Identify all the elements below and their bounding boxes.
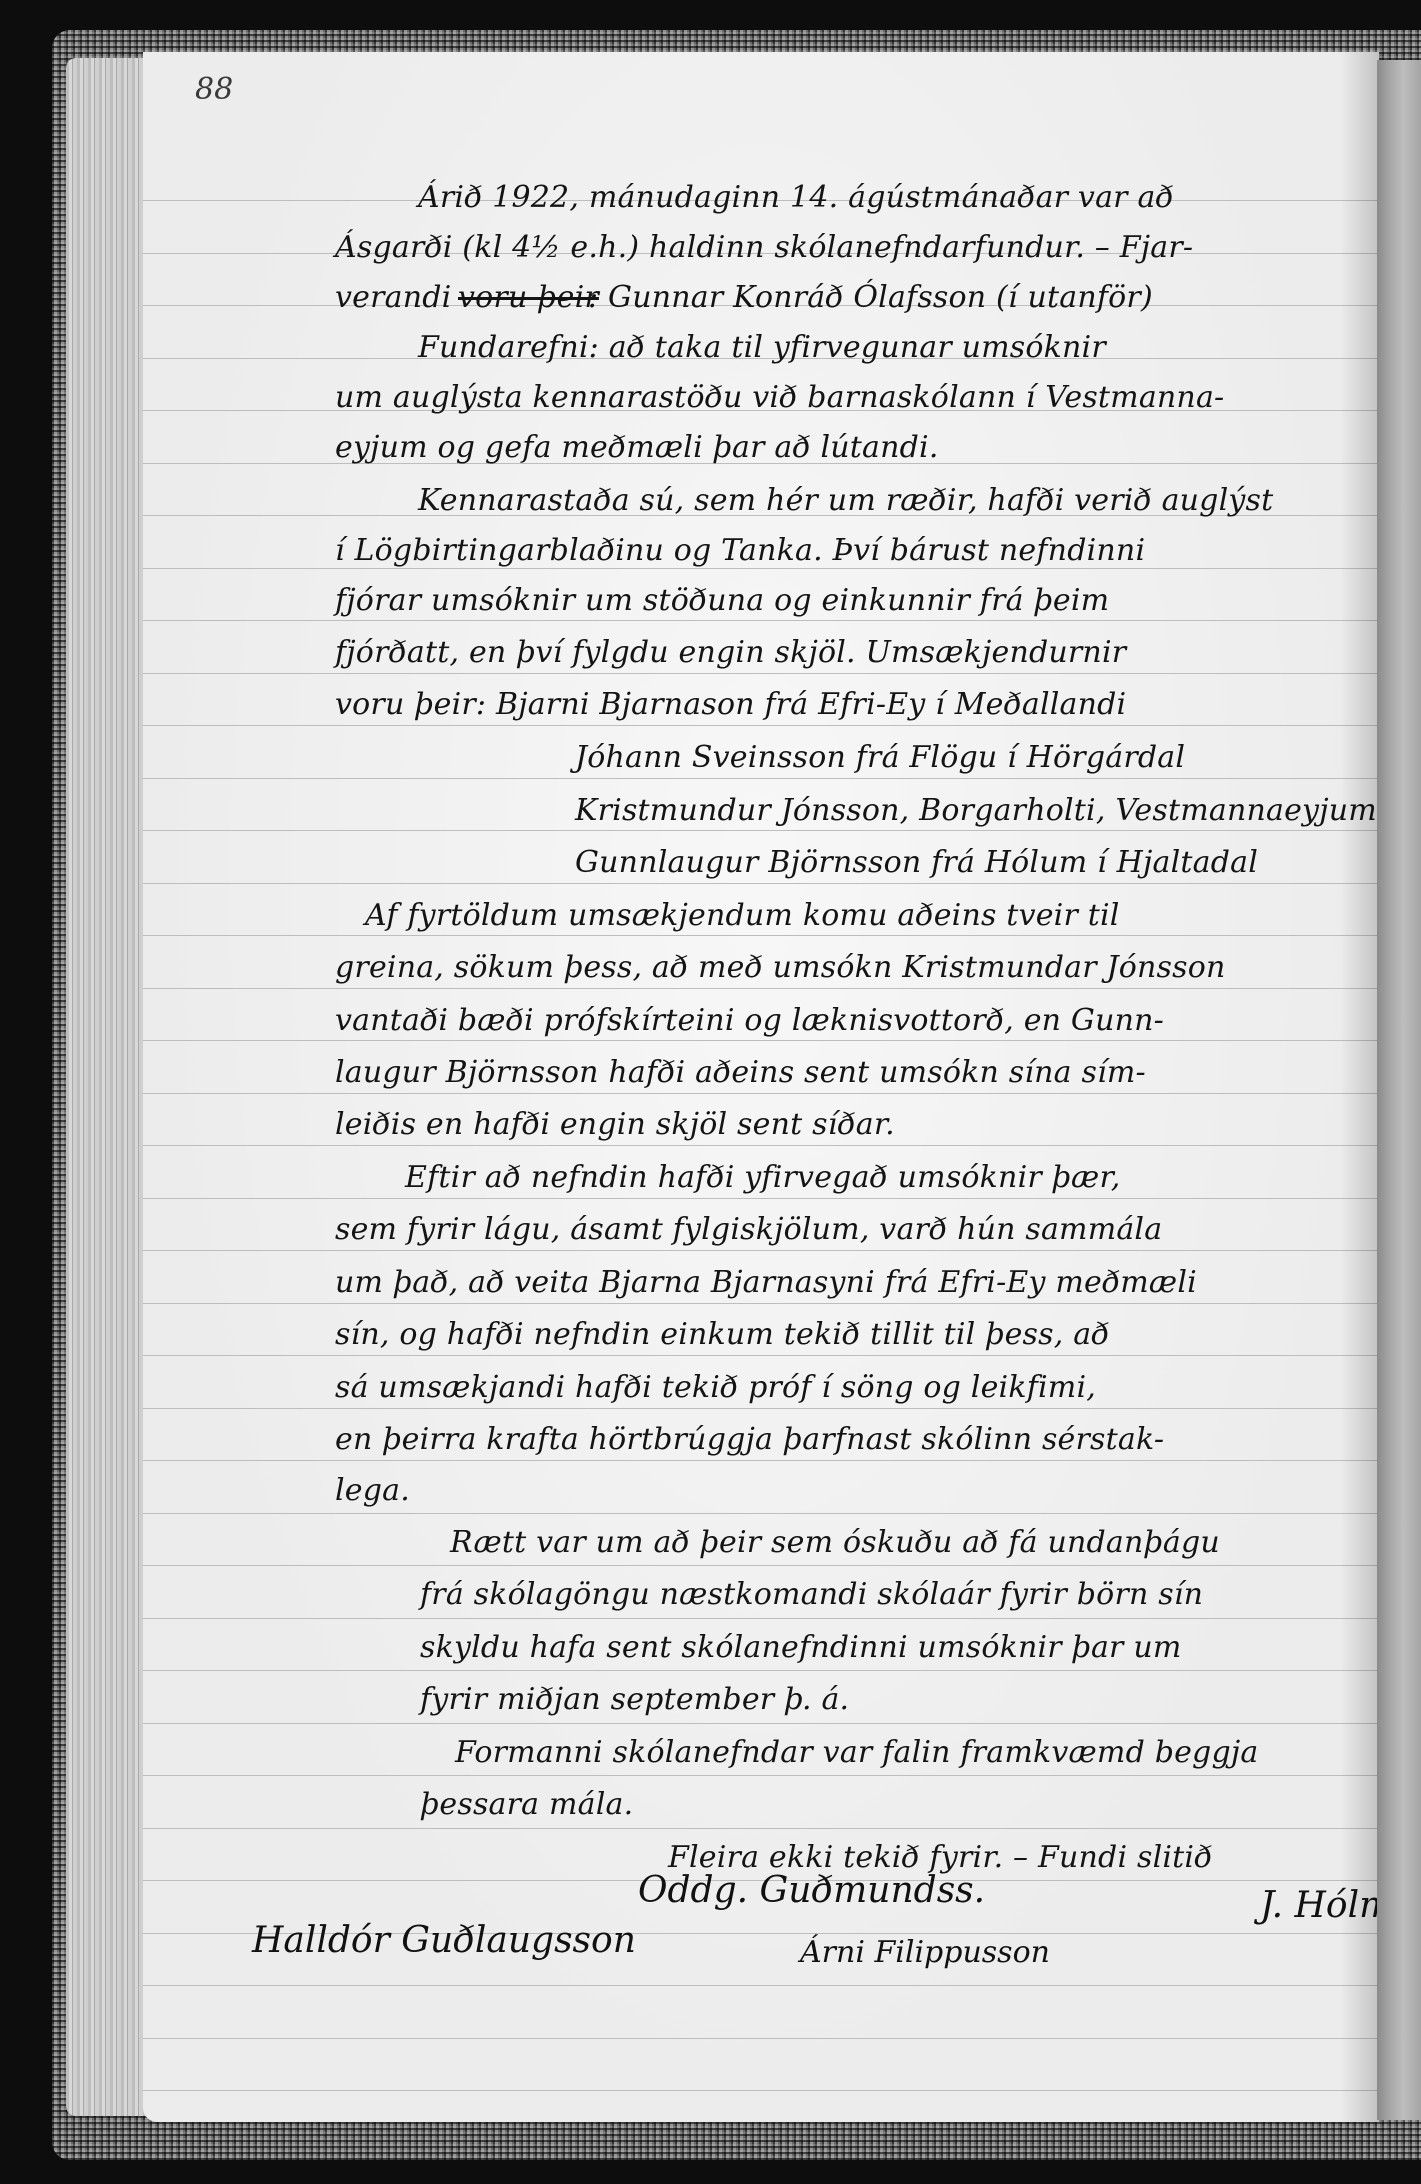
handwritten-line: en þeirra krafta hörtbrúggja þarfnast sk… — [335, 1422, 1164, 1458]
ruling-line — [143, 1565, 1379, 1566]
ruling-line — [143, 1040, 1379, 1041]
ruling-line — [143, 2090, 1379, 2091]
ruling-line — [143, 1145, 1379, 1146]
ruling-line — [143, 673, 1379, 674]
handwritten-line: fyrir miðjan september þ. á. — [420, 1682, 849, 1718]
ruling-line — [143, 935, 1379, 936]
handwritten-line: leiðis en hafði engin skjöl sent síðar. — [335, 1107, 895, 1143]
ruling-line — [143, 883, 1379, 884]
handwritten-line: í Lögbirtingarblaðinu og Tanka. Því báru… — [335, 533, 1145, 569]
signature: Halldór Guðlaugsson — [252, 1920, 636, 1961]
handwritten-line: Árið 1922, mánudaginn 14. ágústmánaðar v… — [418, 180, 1174, 216]
handwritten-line: Kristmundur Jónsson, Borgarholti, Vestma… — [575, 793, 1377, 829]
page-edges-stack — [66, 58, 146, 2116]
handwritten-line: Eftir að nefndin hafði yfirvegað umsókni… — [405, 1160, 1120, 1196]
signature: Árni Filippusson — [800, 1935, 1050, 1970]
page-number: 88 — [195, 72, 233, 107]
handwritten-line: Gunnlaugur Björnsson frá Hólum í Hjaltad… — [575, 845, 1258, 881]
handwritten-line: fjórar umsóknir um stöðuna og einkunnir … — [335, 583, 1109, 619]
handwritten-line: skyldu hafa sent skólanefndinni umsóknir… — [420, 1630, 1182, 1666]
handwritten-line: vantaði bæði prófskírteini og læknisvott… — [335, 1003, 1164, 1039]
ruling-line — [143, 1618, 1379, 1619]
handwritten-line: voru þeir: Bjarni Bjarnason frá Efri-Ey … — [335, 687, 1126, 723]
handwritten-line: um auglýsta kennarastöðu við barnaskólan… — [335, 380, 1224, 416]
signature: Oddg. Guðmundss. — [638, 1870, 985, 1911]
ruling-line — [143, 1198, 1379, 1199]
ledger-page: 88 Árið 1922, mánudaginn 14. ágústmánaða… — [143, 52, 1379, 2122]
handwritten-line: greina, sökum þess, að með umsókn Kristm… — [335, 950, 1226, 986]
ruling-line — [143, 1513, 1379, 1514]
handwritten-line: : Gunnar Konráð Ólafsson (í utanför) — [588, 280, 1153, 316]
handwritten-line: frá skólagöngu næstkomandi skólaár fyrir… — [420, 1577, 1203, 1613]
struck-text: voru þeir — [458, 280, 599, 316]
handwritten-line: sem fyrir lágu, ásamt fylgiskjölum, varð… — [335, 1212, 1162, 1248]
ruling-line — [143, 1250, 1379, 1251]
gutter-shadow — [1340, 52, 1380, 2122]
ruling-line — [143, 1775, 1379, 1776]
ruling-line — [143, 988, 1379, 989]
handwritten-line: Ásgarði (kl 4½ e.h.) haldinn skólanefnda… — [335, 230, 1193, 266]
handwritten-line: verandi — [335, 280, 451, 316]
handwritten-line: lega. — [335, 1473, 410, 1509]
ruling-line — [143, 1670, 1379, 1671]
ruling-line — [143, 1303, 1379, 1304]
handwritten-line: Kennarastaða sú, sem hér um ræðir, hafði… — [418, 483, 1273, 519]
ruling-line — [143, 2038, 1379, 2039]
next-page-gutter — [1377, 60, 1421, 2120]
ruling-line — [143, 1460, 1379, 1461]
handwritten-line: sá umsækjandi hafði tekið próf í söng og… — [335, 1370, 1096, 1406]
ruling-line — [143, 1355, 1379, 1356]
ruling-line — [143, 1985, 1379, 1986]
handwritten-line: þessara mála. — [420, 1787, 633, 1823]
ruling-line — [143, 725, 1379, 726]
handwritten-line: Jóhann Sveinsson frá Flögu í Hörgárdal — [575, 740, 1185, 776]
ruling-line — [143, 1828, 1379, 1829]
handwritten-line: Fundarefni: að taka til yfirvegunar umsó… — [418, 330, 1106, 366]
ruling-line — [143, 1093, 1379, 1094]
handwritten-line: fjórðatt, en því fylgdu engin skjöl. Ums… — [335, 635, 1126, 671]
handwritten-line: eyjum og gefa meðmæli þar að lútandi. — [335, 430, 939, 466]
ruling-line — [143, 830, 1379, 831]
ruling-line — [143, 1408, 1379, 1409]
ruling-line — [143, 1723, 1379, 1724]
ruling-line — [143, 620, 1379, 621]
handwritten-line: Af fyrtöldum umsækjendum komu aðeins tve… — [365, 898, 1120, 934]
handwritten-line: um það, að veita Bjarna Bjarnasyni frá E… — [335, 1265, 1197, 1301]
handwritten-line: Formanni skólanefndar var falin framkvæm… — [455, 1735, 1258, 1771]
handwritten-line: Rætt var um að þeir sem óskuðu að fá und… — [450, 1525, 1220, 1561]
ruling-line — [143, 778, 1379, 779]
handwritten-line: sín, og hafði nefndin einkum tekið tilli… — [335, 1317, 1110, 1353]
handwritten-line: laugur Björnsson hafði aðeins sent umsók… — [335, 1055, 1146, 1091]
